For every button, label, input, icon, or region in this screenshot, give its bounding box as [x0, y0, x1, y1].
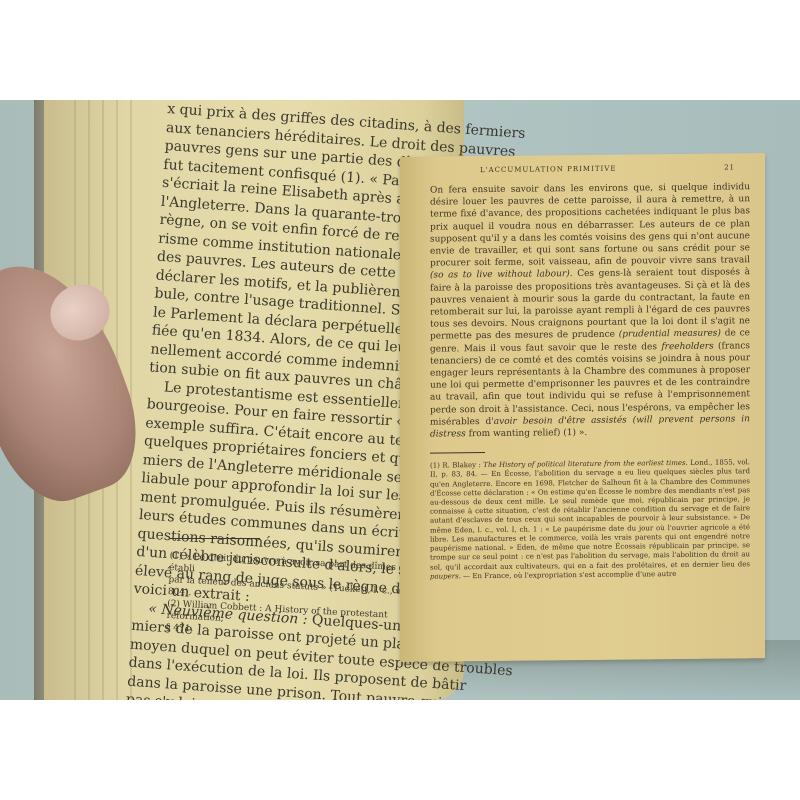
- right-page: L'ACCUMULATION PRIMITIVE 21 On fera ensu…: [400, 153, 765, 662]
- footnote-rule: [430, 452, 485, 454]
- text-span: . — En France, où l'expropriation s'est …: [459, 570, 677, 580]
- right-footnote: (1) R. Blakey : The History of political…: [430, 459, 750, 582]
- text-span: (1) R. Blakey :: [430, 461, 483, 470]
- italic-span: (so as to live without labour): [430, 270, 570, 281]
- italic-span: (prudential measures): [619, 329, 721, 340]
- italic-span: paupers: [430, 572, 459, 580]
- right-body-text: On fera ensuite savoir dans les environs…: [430, 181, 750, 441]
- text-span: On fera ensuite savoir dans les environs…: [430, 182, 750, 269]
- footnote-rule: [170, 538, 260, 539]
- book-photo: x qui prix à des griffes des citadins, à…: [0, 100, 800, 700]
- text-span: . Lond., 1855, vol. II, p. 83, 84. — En …: [430, 459, 750, 572]
- left-footnotes: (1) « Le droit du pauvre à avoir sa part…: [166, 550, 440, 648]
- italic-span: freeholders: [661, 341, 713, 352]
- page-number: 21: [724, 163, 735, 171]
- chapter-title: L'ACCUMULATION PRIMITIVE: [480, 165, 616, 174]
- text-span: from wanting relief) (1) ».: [466, 428, 587, 439]
- running-header: L'ACCUMULATION PRIMITIVE 21: [430, 163, 750, 174]
